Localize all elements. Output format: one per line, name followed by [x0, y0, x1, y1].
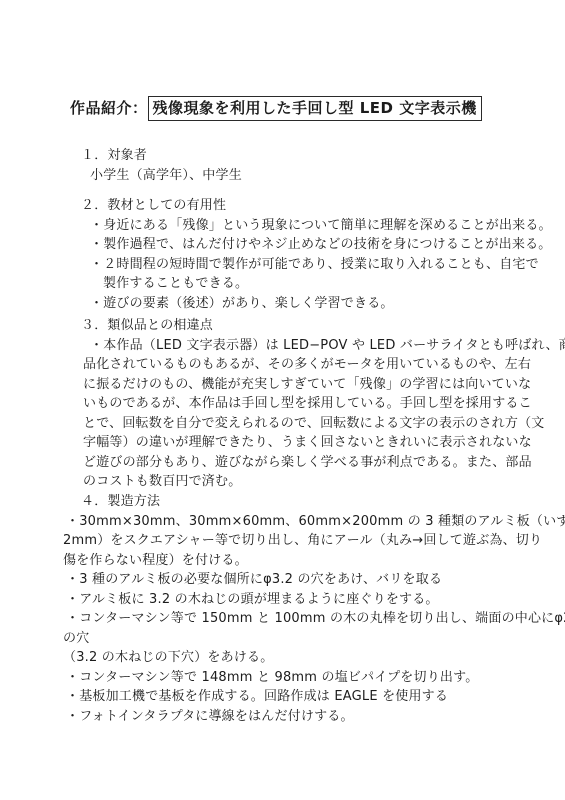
text-line: ・遊びの要素（後述）があり、楽しく学習できる。	[63, 294, 523, 314]
text-line: ・コンターマシン等で 150mm と 100mm の木の丸棒を切り出し、端面の中…	[63, 609, 523, 629]
document-page: 作品紹介：残像現象を利用した手回し型 LED 文字表示機 １．対象者 小学生（高…	[0, 0, 565, 800]
section-usefulness: ２．教材としての有用性 ・身近にある「残像」という現象について簡単に理解を深める…	[63, 196, 523, 313]
text-line: の穴	[63, 629, 523, 649]
text-line: ・本作品（LED 文字表示器）は LED−POV や LED バーサライタとも呼…	[63, 336, 523, 356]
text-line: 字幅等）の違いが理解できたり、うまく回さないときれいに表示されないな	[63, 433, 523, 453]
text-line: ・製作過程で、はんだ付けやネジ止めなどの技術を身につけることが出来る。	[63, 235, 523, 255]
section-differences: ３．類似品との相違点 ・本作品（LED 文字表示器）は LED−POV や LE…	[63, 316, 523, 492]
text-line: 品化されているものもあるが、その多くがモータを用いているものや、左右	[63, 355, 523, 375]
text-line: 製作することもできる。	[63, 274, 523, 294]
text-line: ・２時間程の短時間で製作が可能であり、授業に取り入れることも、自宅で	[63, 255, 523, 275]
text-line: 2mm）をスクエアシャー等で切り出し、角にアール（丸み→回して遊ぶ為、切り	[63, 531, 523, 551]
text-line: ・基板加工機で基板を作成する。回路作成は EAGLE を使用する	[63, 687, 523, 707]
text-line: ・3 種のアルミ板の必要な個所にφ3.2 の穴をあけ、バリを取る	[63, 570, 523, 590]
text-line: いものであるが、本作品は手回し型を採用している。手回し型を採用するこ	[63, 394, 523, 414]
section-target-audience: １．対象者 小学生（高学年）、中学生	[63, 146, 523, 185]
text-line: とで、回転数を自分で変えられるので、回転数による文字の表示のされ方（文	[63, 414, 523, 434]
section-heading: ４．製造方法	[63, 492, 523, 512]
page-title-boxed-text: 残像現象を利用した手回し型 LED 文字表示機	[148, 96, 482, 121]
text-line: に振るだけのもの、機能が充実しすぎていて「残像」の学習には向いていな	[63, 375, 523, 395]
text-line: 小学生（高学年）、中学生	[63, 166, 523, 186]
text-line: ど遊びの部分もあり、遊びながら楽しく学べる事が利点である。また、部品	[63, 453, 523, 473]
section-manufacturing-method: ４．製造方法 ・30mm×30mm、30mm×60mm、60mm×200mm の…	[63, 492, 523, 726]
section-heading: ３．類似品との相違点	[63, 316, 523, 336]
text-line: ・身近にある「残像」という現象について簡単に理解を深めることが出来る。	[63, 216, 523, 236]
text-line: ・コンターマシン等で 148mm と 98mm の塩ビパイプを切り出す。	[63, 668, 523, 688]
text-line: のコストも数百円で済む。	[63, 472, 523, 492]
text-line: ・30mm×30mm、30mm×60mm、60mm×200mm の 3 種類のア…	[63, 512, 523, 532]
text-line: ・アルミ板に 3.2 の木ねじの頭が埋まるように座ぐりをする。	[63, 590, 523, 610]
page-title-prefix: 作品紹介：	[70, 99, 148, 117]
text-line: 傷を作らない程度）を付ける。	[63, 551, 523, 571]
section-heading: １．対象者	[63, 146, 523, 166]
section-heading: ２．教材としての有用性	[63, 196, 523, 216]
text-line: ・フォトインタラプタに導線をはんだ付けする。	[63, 707, 523, 727]
text-line: （3.2 の木ねじの下穴）をあける。	[63, 648, 523, 668]
page-title: 作品紹介：残像現象を利用した手回し型 LED 文字表示機	[70, 97, 482, 118]
